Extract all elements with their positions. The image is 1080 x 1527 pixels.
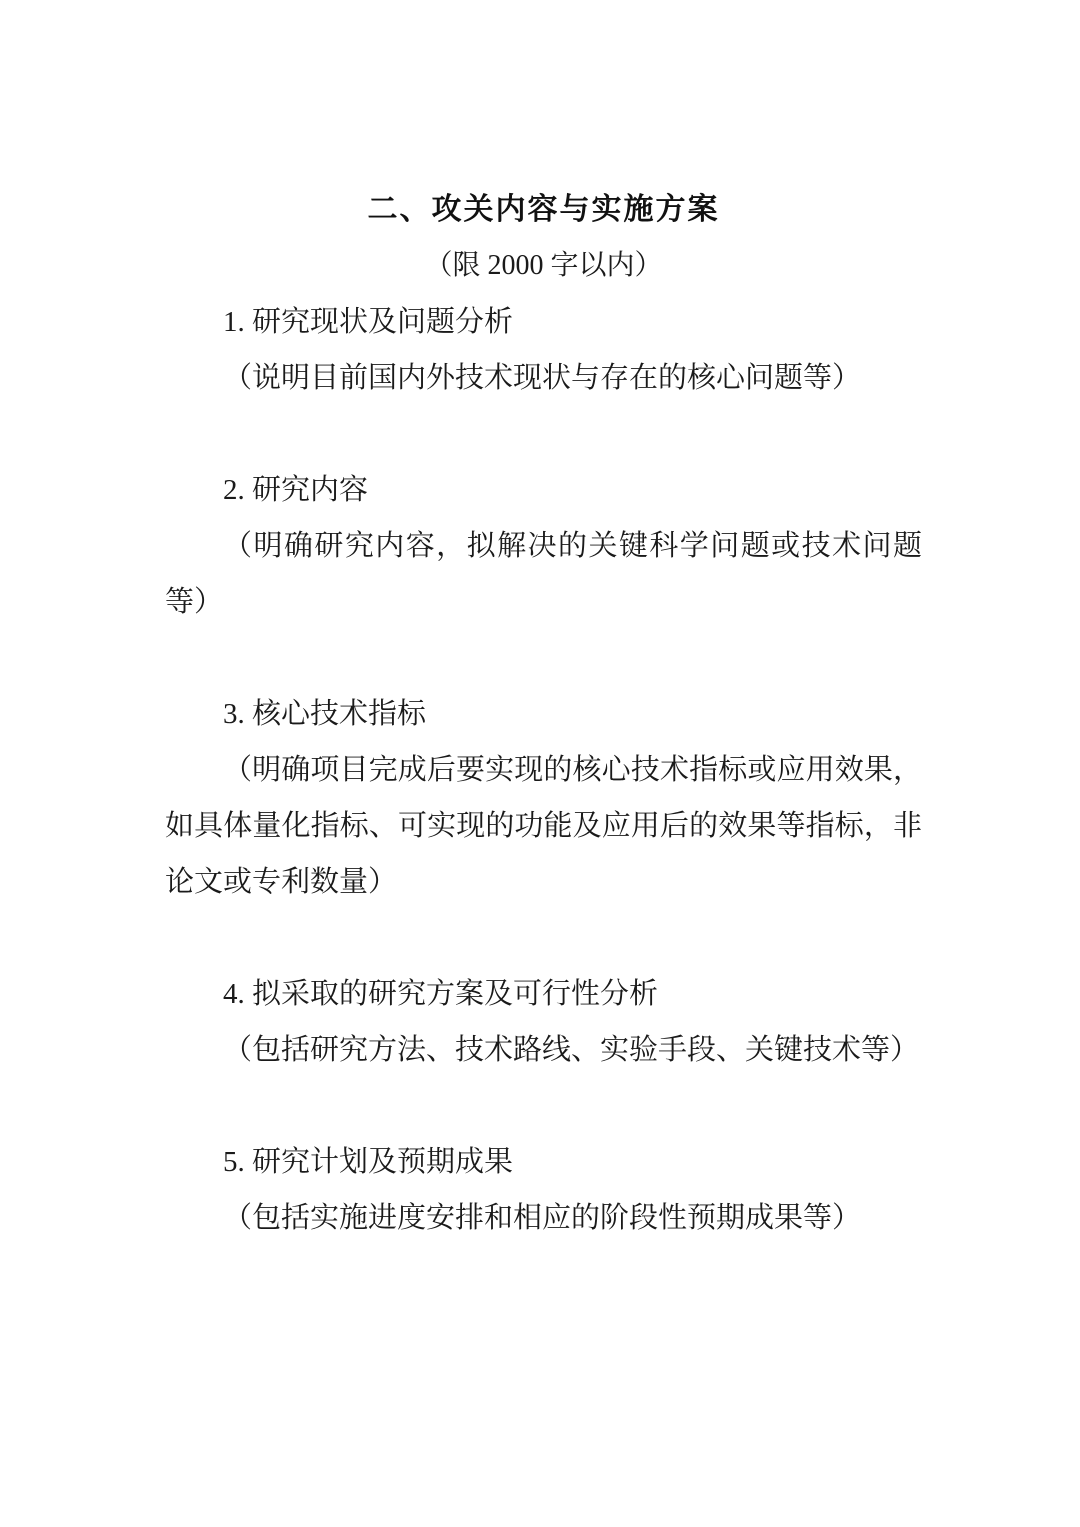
section-3-note: （明确项目完成后要实现的核心技术指标或应用效果，如具体量化指标、可实现的功能及应… [165, 742, 922, 910]
section-2: 2. 研究内容 （明确研究内容，拟解决的关键科学问题或技术问题等） [165, 462, 922, 630]
section-4-heading: 4. 拟采取的研究方案及可行性分析 [165, 966, 922, 1022]
section-2-heading: 2. 研究内容 [165, 462, 922, 518]
section-1-note: （说明目前国内外技术现状与存在的核心问题等） [165, 350, 922, 406]
page-title: 二、攻关内容与实施方案 [165, 182, 922, 238]
section-1: 1. 研究现状及问题分析 （说明目前国内外技术现状与存在的核心问题等） [165, 294, 922, 406]
section-5-heading: 5. 研究计划及预期成果 [165, 1134, 922, 1190]
section-4: 4. 拟采取的研究方案及可行性分析 （包括研究方法、技术路线、实验手段、关键技术… [165, 966, 922, 1078]
section-4-note: （包括研究方法、技术路线、实验手段、关键技术等） [165, 1022, 922, 1078]
section-1-heading: 1. 研究现状及问题分析 [165, 294, 922, 350]
section-2-note: （明确研究内容，拟解决的关键科学问题或技术问题等） [165, 518, 922, 630]
section-3: 3. 核心技术指标 （明确项目完成后要实现的核心技术指标或应用效果，如具体量化指… [165, 686, 922, 910]
section-3-heading: 3. 核心技术指标 [165, 686, 922, 742]
section-5-note: （包括实施进度安排和相应的阶段性预期成果等） [165, 1190, 922, 1246]
page-subtitle: （限 2000 字以内） [165, 238, 922, 294]
document-page: 二、攻关内容与实施方案 （限 2000 字以内） 1. 研究现状及问题分析 （说… [0, 0, 1080, 1527]
section-5: 5. 研究计划及预期成果 （包括实施进度安排和相应的阶段性预期成果等） [165, 1134, 922, 1246]
